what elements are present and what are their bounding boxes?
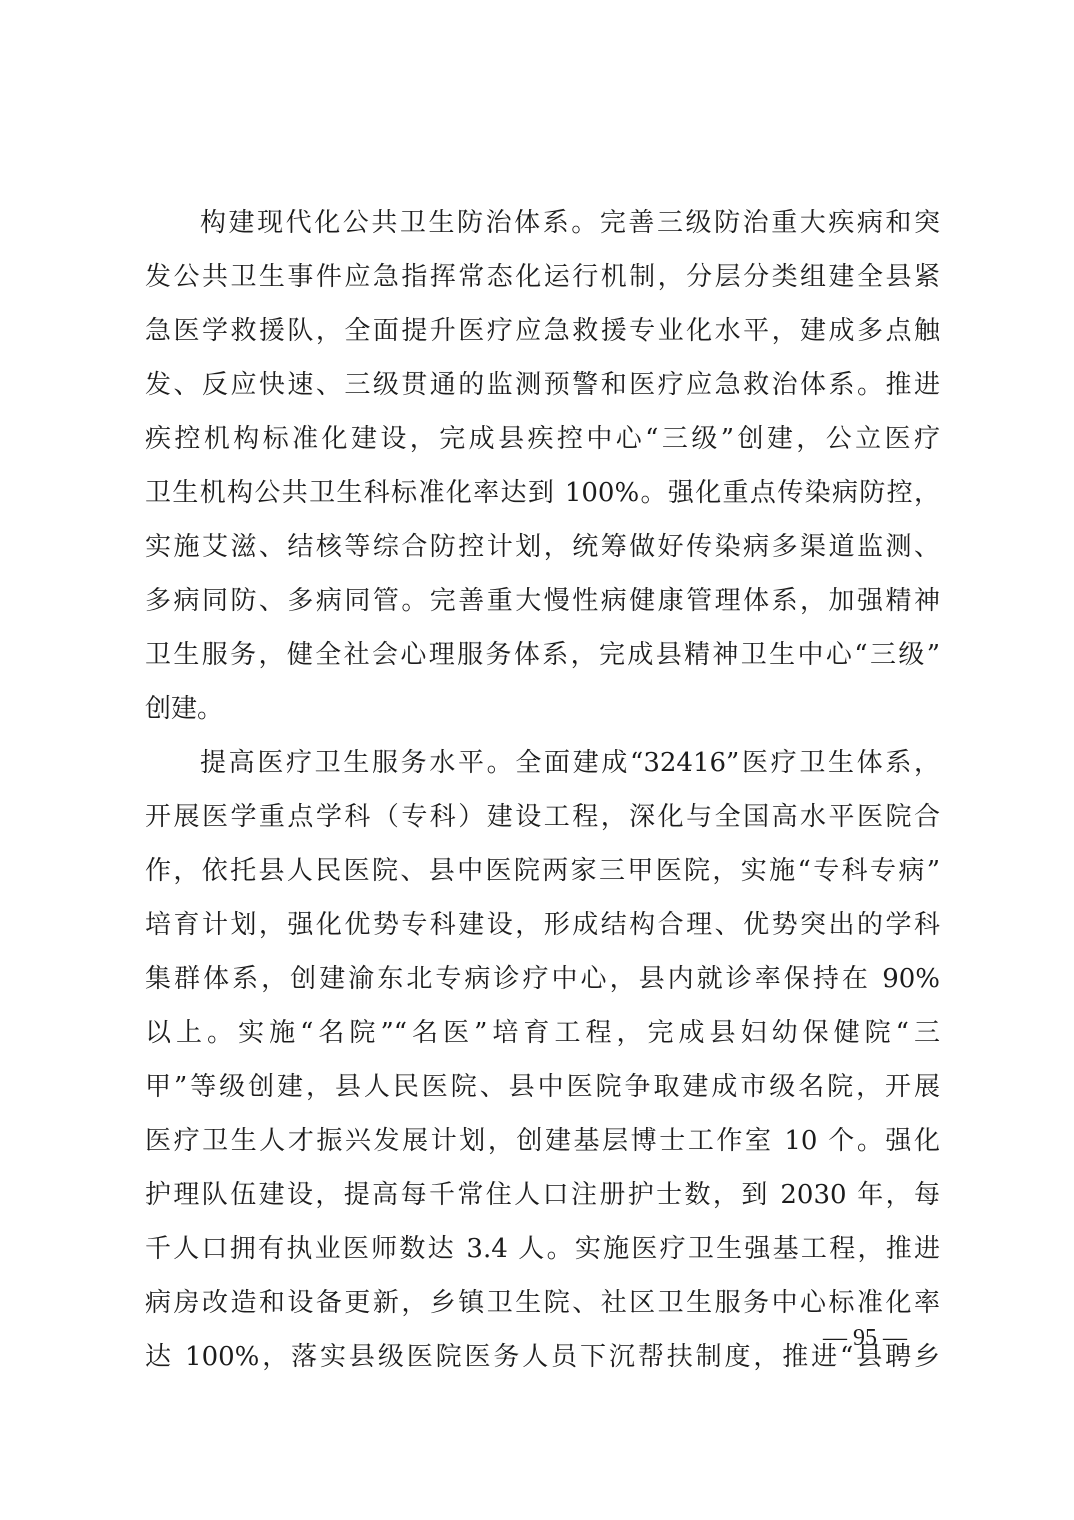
text-line: 构建现代化公共卫生防治体系。完善三级防治重大疾病和突 [145,196,940,250]
text-line: 卫生机构公共卫生科标准化率达到 100%。强化重点传染病防控， [145,466,940,520]
text-line: 集群体系，创建渝东北专病诊疗中心，县内就诊率保持在 90% [145,952,940,1006]
page-number: — 95 — [810,1318,920,1358]
text-line: 护理队伍建设，提高每千常住人口注册护士数，到 2030 年，每 [145,1168,940,1222]
text-line: 甲”等级创建，县人民医院、县中医院争取建成市级名院，开展 [145,1060,940,1114]
text-line: 千人口拥有执业医师数达 3.4 人。实施医疗卫生强基工程，推进 [145,1222,940,1276]
paragraph-medical-service-level: 提高医疗卫生服务水平。全面建成“32416”医疗卫生体系， 开展医学重点学科（专… [145,736,940,1384]
body-text: 构建现代化公共卫生防治体系。完善三级防治重大疾病和突 发公共卫生事件应急指挥常态… [145,196,940,1384]
text-line: 发、反应快速、三级贯通的监测预警和医疗应急救治体系。推进 [145,358,940,412]
text-line: 卫生服务，健全社会心理服务体系，完成县精神卫生中心“三级” [145,628,940,682]
text-line: 创建。 [145,682,940,736]
document-page: 构建现代化公共卫生防治体系。完善三级防治重大疾病和突 发公共卫生事件应急指挥常态… [0,0,1074,1520]
paragraph-public-health-system: 构建现代化公共卫生防治体系。完善三级防治重大疾病和突 发公共卫生事件应急指挥常态… [145,196,940,736]
text-line: 培育计划，强化优势专科建设，形成结构合理、优势突出的学科 [145,898,940,952]
text-line: 开展医学重点学科（专科）建设工程，深化与全国高水平医院合 [145,790,940,844]
text-line: 多病同防、多病同管。完善重大慢性病健康管理体系，加强精神 [145,574,940,628]
text-line: 作，依托县人民医院、县中医院两家三甲医院，实施“专科专病” [145,844,940,898]
text-line: 提高医疗卫生服务水平。全面建成“32416”医疗卫生体系， [145,736,940,790]
text-line: 医疗卫生人才振兴发展计划，创建基层博士工作室 10 个。强化 [145,1114,940,1168]
text-line: 发公共卫生事件应急指挥常态化运行机制，分层分类组建全县紧 [145,250,940,304]
text-line: 急医学救援队，全面提升医疗应急救援专业化水平，建成多点触 [145,304,940,358]
text-line: 实施艾滋、结核等综合防控计划，统筹做好传染病多渠道监测、 [145,520,940,574]
text-line: 以上。实施“名院”“名医”培育工程，完成县妇幼保健院“三 [145,1006,940,1060]
text-line: 疾控机构标准化建设，完成县疾控中心“三级”创建，公立医疗 [145,412,940,466]
